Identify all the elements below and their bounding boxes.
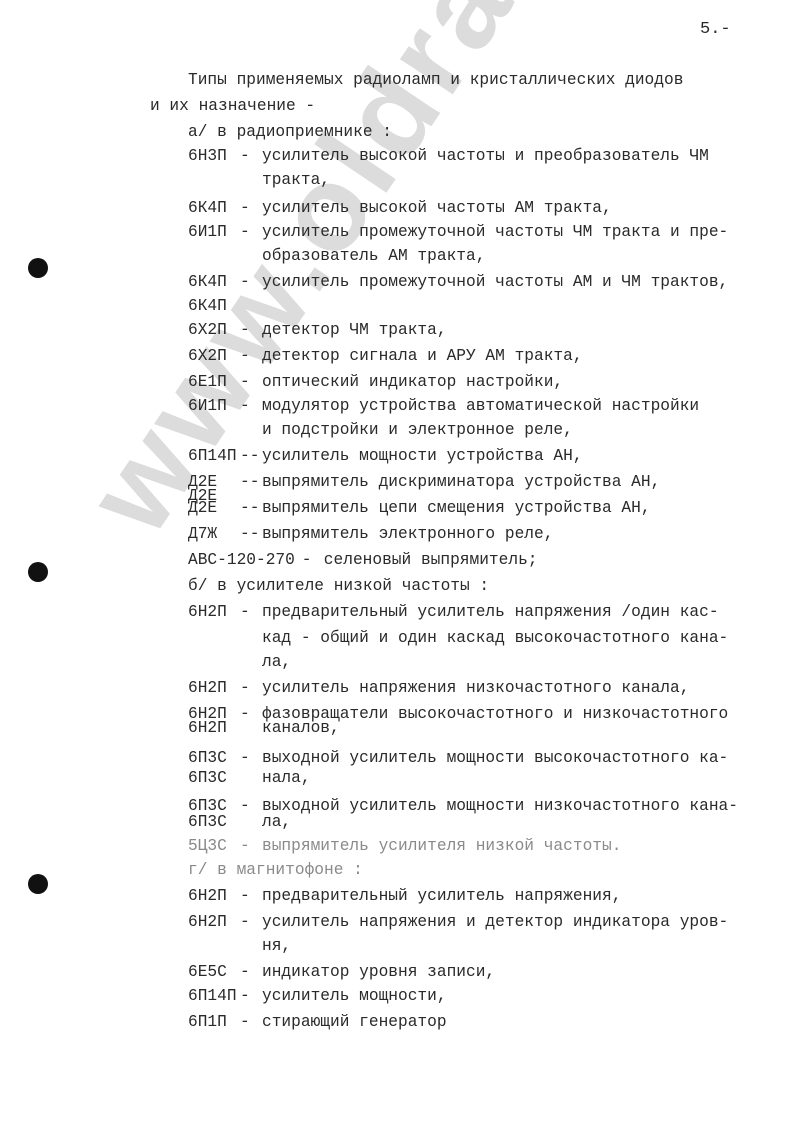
lamp-description: предварительный усилитель напряжения, <box>262 886 621 906</box>
binder-hole <box>28 562 48 582</box>
lamp-description: индикатор уровня записи, <box>262 962 495 982</box>
lamp-code: 6Н2П <box>188 886 227 906</box>
lamp-code: 6Х2П <box>188 346 227 366</box>
lamp-code: 6П3С <box>188 768 227 788</box>
lamp-code: 6Н2П <box>188 718 227 738</box>
lamp-description: усилитель высокой частоты и преобразоват… <box>262 146 709 166</box>
separator: - <box>240 396 250 416</box>
section-heading: г/ в магнитофоне : <box>188 860 363 880</box>
lamp-description: образователь АМ тракта, <box>262 246 485 266</box>
lamp-code: 6Е5С <box>188 962 227 982</box>
lamp-code: 6П14П <box>188 446 237 466</box>
intro-line: Типы применяемых радиоламп и кристалличе… <box>188 70 683 90</box>
lamp-code: 6П14П <box>188 986 237 1006</box>
separator: - <box>302 550 312 570</box>
section-heading: а/ в радиоприемнике : <box>188 122 392 142</box>
lamp-code: АВС-120-270 <box>188 550 295 570</box>
separator: - <box>240 602 250 622</box>
lamp-code: 6П1П <box>188 1012 227 1032</box>
lamp-code: 6Н2П <box>188 678 227 698</box>
section-heading: б/ в усилителе низкой частоты : <box>188 576 489 596</box>
lamp-code: 6Е1П <box>188 372 227 392</box>
lamp-description: оптический индикатор настройки, <box>262 372 563 392</box>
separator: -- <box>240 498 259 518</box>
lamp-description: и подстройки и электронное реле, <box>262 420 573 440</box>
lamp-code: Д7Ж <box>188 524 217 544</box>
lamp-description: усилитель высокой частоты АМ тракта, <box>262 198 612 218</box>
lamp-code: 5Ц3С <box>188 836 227 856</box>
separator: - <box>240 886 250 906</box>
lamp-description: выпрямитель дискриминатора устройства АН… <box>262 472 660 492</box>
lamp-description: выпрямитель усилителя низкой частоты. <box>262 836 621 856</box>
lamp-description: выходной усилитель мощности низкочастотн… <box>262 796 738 816</box>
separator: -- <box>240 446 259 466</box>
intro-line: и их назначение - <box>150 96 315 116</box>
separator: - <box>240 272 250 292</box>
binder-hole <box>28 874 48 894</box>
lamp-code: 6К4П <box>188 198 227 218</box>
lamp-description: усилитель мощности, <box>262 986 447 1006</box>
separator: - <box>240 962 250 982</box>
lamp-description: селеновый выпрямитель; <box>324 550 538 570</box>
separator: - <box>240 346 250 366</box>
lamp-description: каналов, <box>262 718 340 738</box>
separator: - <box>240 1012 250 1032</box>
separator: -- <box>240 524 259 544</box>
page-number: 5.- <box>700 20 731 39</box>
separator: - <box>240 320 250 340</box>
separator: - <box>240 198 250 218</box>
lamp-description: усилитель напряжения низкочастотного кан… <box>262 678 689 698</box>
separator: - <box>240 986 250 1006</box>
separator: - <box>240 748 250 768</box>
lamp-description: усилитель напряжения и детектор индикато… <box>262 912 728 932</box>
lamp-code: 6Н2П <box>188 912 227 932</box>
lamp-description: нала, <box>262 768 311 788</box>
lamp-description: тракта, <box>262 170 330 190</box>
separator: - <box>240 796 250 816</box>
separator: - <box>240 678 250 698</box>
separator: - <box>240 372 250 392</box>
separator: - <box>240 222 250 242</box>
lamp-description: детектор сигнала и АРУ АМ тракта, <box>262 346 583 366</box>
separator: - <box>240 912 250 932</box>
separator: - <box>240 836 250 856</box>
lamp-description: кад - общий и один каскад высокочастотно… <box>262 628 728 648</box>
lamp-code: 6К4П <box>188 296 227 316</box>
separator: - <box>240 146 250 166</box>
lamp-description: ла, <box>262 652 291 672</box>
lamp-description: усилитель мощности устройства АН, <box>262 446 583 466</box>
lamp-code: 6И1П <box>188 222 227 242</box>
separator: -- <box>240 472 259 492</box>
lamp-code: 6И1П <box>188 396 227 416</box>
lamp-code: 6Н3П <box>188 146 227 166</box>
lamp-code: 6П3С <box>188 748 227 768</box>
lamp-description: детектор ЧМ тракта, <box>262 320 447 340</box>
lamp-description: предварительный усилитель напряжения /од… <box>262 602 719 622</box>
lamp-code: 6П3С <box>188 812 227 832</box>
document-page: www.oldradio.lv 5.- Типы применяемых рад… <box>0 0 800 1127</box>
lamp-code: 6Х2П <box>188 320 227 340</box>
lamp-code: 6К4П <box>188 272 227 292</box>
binder-hole <box>28 258 48 278</box>
lamp-description: выходной усилитель мощности высокочастот… <box>262 748 728 768</box>
lamp-description: ла, <box>262 812 291 832</box>
lamp-description: модулятор устройства автоматической наст… <box>262 396 699 416</box>
lamp-description: выпрямитель электронного реле, <box>262 524 553 544</box>
lamp-description: усилитель промежуточной частоты ЧМ тракт… <box>262 222 728 242</box>
lamp-code: Д2Е <box>188 498 217 518</box>
lamp-description: выпрямитель цепи смещения устройства АН, <box>262 498 651 518</box>
separator: - <box>240 704 250 724</box>
lamp-description: ня, <box>262 936 291 956</box>
lamp-description: стирающий генератор <box>262 1012 447 1032</box>
lamp-code: 6Н2П <box>188 602 227 622</box>
lamp-description: усилитель промежуточной частоты АМ и ЧМ … <box>262 272 728 292</box>
